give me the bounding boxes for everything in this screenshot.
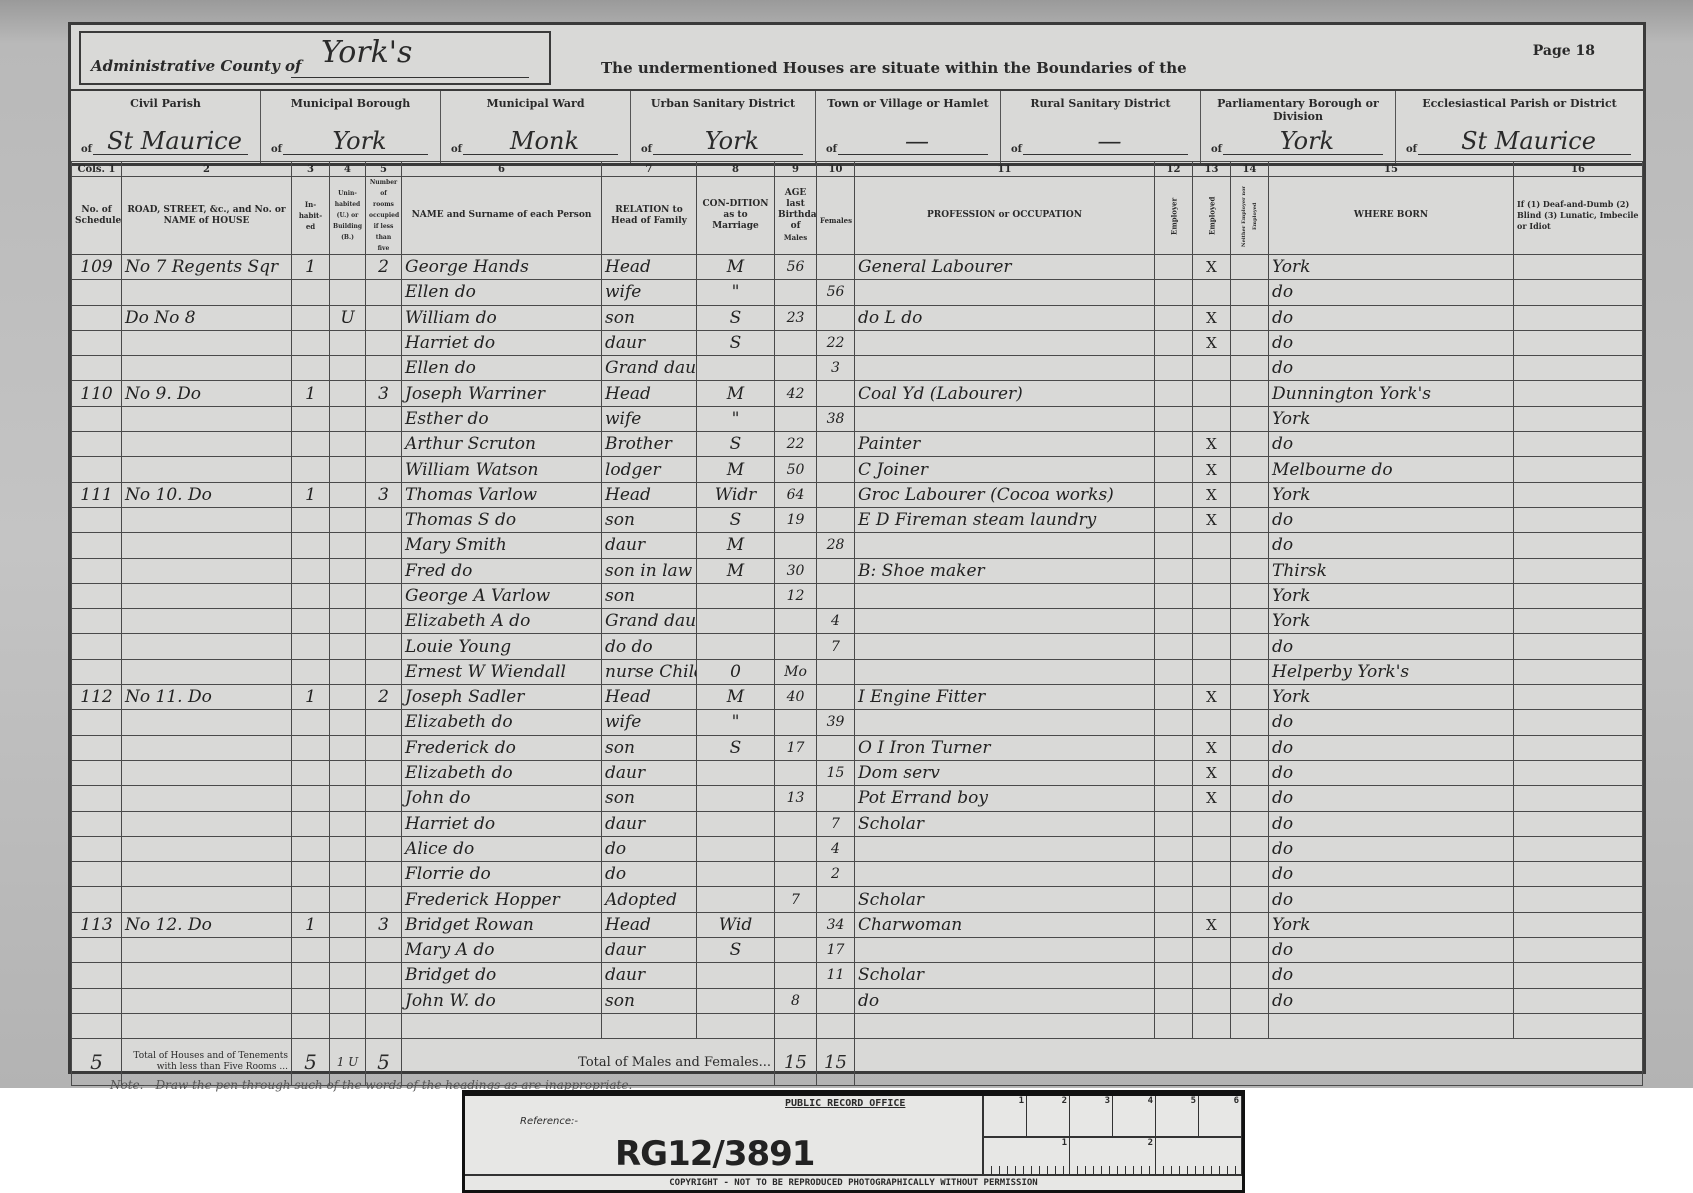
col-number: 6 — [402, 162, 602, 177]
male-age — [775, 912, 817, 937]
infirmity — [1514, 760, 1643, 785]
col-number: 2 — [122, 162, 292, 177]
female-age: 7 — [817, 811, 855, 836]
infirmity — [1514, 735, 1643, 760]
person-name: Elizabeth do — [402, 710, 602, 735]
rooms-count — [366, 887, 402, 912]
table-row: Elizabeth dodaur15Dom servXdo — [72, 760, 1643, 785]
marital-condition — [697, 356, 775, 381]
male-age: Mo — [775, 659, 817, 684]
uninhabited-mark — [330, 659, 366, 684]
header-relation: RELATION to Head of Family — [602, 177, 697, 255]
relation-to-head: do do — [602, 634, 697, 659]
females-label: Females — [820, 216, 852, 225]
house-address — [122, 963, 292, 988]
table-row: Arthur ScrutonBrotherS22PainterXdo — [72, 432, 1643, 457]
schedule-number: 110 — [72, 381, 122, 406]
infirmity — [1514, 634, 1643, 659]
inhabited-count: 1 — [292, 912, 330, 937]
person-name: Frederick Hopper — [402, 887, 602, 912]
birthplace: York — [1269, 583, 1514, 608]
schedule-number — [72, 634, 122, 659]
uninhabited-mark — [330, 862, 366, 887]
table-row: Harriet dodaurS22Xdo — [72, 330, 1643, 355]
infirmity — [1514, 938, 1643, 963]
rooms-count — [366, 963, 402, 988]
female-age — [817, 988, 855, 1013]
ruler-tick: 2 — [1070, 1138, 1156, 1174]
of-label: of — [1406, 144, 1417, 155]
infirmity — [1514, 786, 1643, 811]
occupation: Scholar — [855, 963, 1155, 988]
employer-mark — [1155, 330, 1193, 355]
inhabited-count: 1 — [292, 482, 330, 507]
occupation: Dom serv — [855, 760, 1155, 785]
col-number: 10 — [817, 162, 855, 177]
schedule-number — [72, 406, 122, 431]
infirmity — [1514, 356, 1643, 381]
ruler-tick: 5 — [1156, 1096, 1199, 1136]
col-number: 11 — [855, 162, 1155, 177]
relation-to-head: son — [602, 305, 697, 330]
infirmity — [1514, 330, 1643, 355]
employed-mark — [1193, 280, 1231, 305]
uninhabited-mark — [330, 381, 366, 406]
col-number: 12 — [1155, 162, 1193, 177]
relation-to-head: son in law — [602, 558, 697, 583]
rooms-count — [366, 811, 402, 836]
neither-mark — [1231, 659, 1269, 684]
employed-mark: X — [1193, 432, 1231, 457]
inhabited-count — [292, 558, 330, 583]
birthplace: York — [1269, 912, 1514, 937]
census-table: Cols. 1 2 3 4 5 6 7 8 9 10 11 12 13 14 1… — [71, 161, 1643, 1086]
person-name: John W. do — [402, 988, 602, 1013]
female-age — [817, 887, 855, 912]
rooms-count — [366, 836, 402, 861]
person-name: Esther do — [402, 406, 602, 431]
female-age: 28 — [817, 533, 855, 558]
district-label: Ecclesiastical Parish or District — [1396, 97, 1643, 110]
occupation — [855, 938, 1155, 963]
table-row: William WatsonlodgerM50C JoinerXMelbourn… — [72, 457, 1643, 482]
birthplace: do — [1269, 862, 1514, 887]
of-label: of — [81, 144, 92, 155]
employed-mark: X — [1193, 330, 1231, 355]
house-address — [122, 887, 292, 912]
table-row: Florrie dodo2do — [72, 862, 1643, 887]
male-age — [775, 862, 817, 887]
district-label: Rural Sanitary District — [1001, 97, 1200, 110]
marital-condition — [697, 963, 775, 988]
rooms-count — [366, 280, 402, 305]
infirmity — [1514, 1013, 1643, 1038]
ruler-tick: 6 — [1199, 1096, 1242, 1136]
rooms-count — [366, 507, 402, 532]
infirmity — [1514, 507, 1643, 532]
infirmity — [1514, 811, 1643, 836]
marital-condition — [697, 760, 775, 785]
inhabited-count — [292, 507, 330, 532]
employer-mark — [1155, 811, 1193, 836]
relation-to-head: nurse Child — [602, 659, 697, 684]
male-age: 7 — [775, 887, 817, 912]
schedule-number — [72, 836, 122, 861]
neither-mark — [1231, 963, 1269, 988]
header-occupation: PROFESSION or OCCUPATION — [855, 177, 1155, 255]
employed-mark: X — [1193, 507, 1231, 532]
district-value: — — [1029, 127, 1190, 155]
inhabited-count — [292, 760, 330, 785]
infirmity — [1514, 381, 1643, 406]
header-employed: Employed — [1193, 177, 1231, 255]
occupation: Groc Labourer (Cocoa works) — [855, 482, 1155, 507]
administrative-county-label: Administrative County of — [91, 57, 301, 75]
occupation: Scholar — [855, 811, 1155, 836]
relation-to-head: Grand daur — [602, 356, 697, 381]
employed-mark — [1193, 609, 1231, 634]
inhabited-count — [292, 280, 330, 305]
neither-mark — [1231, 634, 1269, 659]
rooms-count — [366, 938, 402, 963]
marital-condition — [697, 811, 775, 836]
schedule-number — [72, 330, 122, 355]
employed-mark — [1193, 381, 1231, 406]
uninhabited-mark — [330, 255, 366, 280]
inhabited-count — [292, 432, 330, 457]
district-town-village: Town or Village or Hamlet of — — [816, 91, 1001, 163]
female-age — [817, 659, 855, 684]
house-address — [122, 710, 292, 735]
schedule-number — [72, 609, 122, 634]
house-address — [122, 609, 292, 634]
schedule-number — [72, 786, 122, 811]
marital-condition: Wid — [697, 912, 775, 937]
uninhabited-mark — [330, 356, 366, 381]
record-office-title: PUBLIC RECORD OFFICE — [785, 1098, 905, 1109]
house-address — [122, 938, 292, 963]
occupation: C Joiner — [855, 457, 1155, 482]
house-address: No 9. Do — [122, 381, 292, 406]
district-label: Municipal Ward — [441, 97, 630, 110]
birthplace: do — [1269, 786, 1514, 811]
occupation — [855, 710, 1155, 735]
employed-mark — [1193, 887, 1231, 912]
rooms-count: 3 — [366, 912, 402, 937]
district-municipal-borough: Municipal Borough of York — [261, 91, 441, 163]
infirmity — [1514, 685, 1643, 710]
neither-mark — [1231, 811, 1269, 836]
female-age: 56 — [817, 280, 855, 305]
employer-mark — [1155, 255, 1193, 280]
total-males: 15 — [775, 1039, 817, 1086]
schedule-number — [72, 280, 122, 305]
marital-condition — [697, 887, 775, 912]
male-age — [775, 963, 817, 988]
occupation — [855, 406, 1155, 431]
birthplace — [1269, 1013, 1514, 1038]
rooms-count — [366, 862, 402, 887]
female-age: 39 — [817, 710, 855, 735]
table-row: Esther dowife"38York — [72, 406, 1643, 431]
relation-to-head: daur — [602, 330, 697, 355]
person-name: Alice do — [402, 836, 602, 861]
employer-mark — [1155, 887, 1193, 912]
birthplace: Melbourne do — [1269, 457, 1514, 482]
employer-mark — [1155, 280, 1193, 305]
person-name — [402, 1013, 602, 1038]
person-name: John do — [402, 786, 602, 811]
inhabited-count — [292, 963, 330, 988]
employed-mark — [1193, 938, 1231, 963]
house-address: Do No 8 — [122, 305, 292, 330]
employer-mark — [1155, 507, 1193, 532]
schedule-number — [72, 457, 122, 482]
rooms-count: 2 — [366, 255, 402, 280]
occupation: O I Iron Turner — [855, 735, 1155, 760]
header-rooms: Number of rooms occupied if less than fi… — [366, 177, 402, 255]
col-number: 8 — [697, 162, 775, 177]
schedule-number — [72, 988, 122, 1013]
occupation: Painter — [855, 432, 1155, 457]
schedule-number — [72, 735, 122, 760]
house-address — [122, 533, 292, 558]
of-label: of — [1011, 144, 1022, 155]
birthplace: Thirsk — [1269, 558, 1514, 583]
rooms-count: 3 — [366, 381, 402, 406]
occupation — [855, 862, 1155, 887]
column-number-row: Cols. 1 2 3 4 5 6 7 8 9 10 11 12 13 14 1… — [72, 162, 1643, 177]
relation-to-head: Head — [602, 381, 697, 406]
col-number: 7 — [602, 162, 697, 177]
house-address — [122, 786, 292, 811]
administrative-county-value: York's — [321, 35, 412, 70]
birthplace: York — [1269, 255, 1514, 280]
male-age — [775, 1013, 817, 1038]
header-age-males: AGE last Birthday ofMales — [775, 177, 817, 255]
female-age — [817, 1013, 855, 1038]
employed-mark — [1193, 406, 1231, 431]
employer-mark — [1155, 356, 1193, 381]
house-address: No 10. Do — [122, 482, 292, 507]
rooms-count — [366, 735, 402, 760]
person-name: Fred do — [402, 558, 602, 583]
total-females: 15 — [817, 1039, 855, 1086]
infirmity — [1514, 432, 1643, 457]
house-address — [122, 280, 292, 305]
uninhabited-mark — [330, 963, 366, 988]
rooms-count — [366, 710, 402, 735]
female-age: 4 — [817, 609, 855, 634]
table-row: Frederick HopperAdopted7Scholardo — [72, 887, 1643, 912]
employed-mark — [1193, 862, 1231, 887]
relation-to-head: Adopted — [602, 887, 697, 912]
person-name: Thomas S do — [402, 507, 602, 532]
schedule-number — [72, 356, 122, 381]
table-row: Elizabeth A doGrand daur4York — [72, 609, 1643, 634]
neither-mark — [1231, 685, 1269, 710]
neither-mark — [1231, 381, 1269, 406]
employer-mark — [1155, 1013, 1193, 1038]
relation-to-head: Brother — [602, 432, 697, 457]
col-number: 9 — [775, 162, 817, 177]
male-age — [775, 938, 817, 963]
schedule-number — [72, 1013, 122, 1038]
uninhabited-mark — [330, 634, 366, 659]
table-row: Ellen doGrand daur3do — [72, 356, 1643, 381]
uninhabited-mark — [330, 280, 366, 305]
birthplace: do — [1269, 836, 1514, 861]
infirmity — [1514, 533, 1643, 558]
uninhabited-mark — [330, 432, 366, 457]
female-age — [817, 583, 855, 608]
relation-to-head: son — [602, 786, 697, 811]
inhabited-count — [292, 305, 330, 330]
male-age: 12 — [775, 583, 817, 608]
employer-mark — [1155, 305, 1193, 330]
birthplace: do — [1269, 938, 1514, 963]
inhabited-count — [292, 533, 330, 558]
house-address: No 7 Regents Sqr — [122, 255, 292, 280]
birthplace: do — [1269, 280, 1514, 305]
infirmity — [1514, 255, 1643, 280]
header-neither: Neither Employer nor Employed — [1231, 177, 1269, 255]
ruler-in: 1 2 — [984, 1138, 1242, 1174]
birthplace: do — [1269, 356, 1514, 381]
male-age: 50 — [775, 457, 817, 482]
table-row: 109No 7 Regents Sqr12George HandsHeadM56… — [72, 255, 1643, 280]
schedule-number — [72, 659, 122, 684]
of-label: of — [451, 144, 462, 155]
birthplace: do — [1269, 432, 1514, 457]
inhabited-count — [292, 887, 330, 912]
table-row: Ellen dowife"56do — [72, 280, 1643, 305]
inhabited-count — [292, 786, 330, 811]
male-age — [775, 280, 817, 305]
male-age — [775, 609, 817, 634]
col-number: 14 — [1231, 162, 1269, 177]
infirmity — [1514, 963, 1643, 988]
uninhabited-mark — [330, 685, 366, 710]
district-urban-sanitary: Urban Sanitary District of York — [631, 91, 816, 163]
rooms-count — [366, 533, 402, 558]
rooms-count — [366, 634, 402, 659]
marital-condition: 0 — [697, 659, 775, 684]
ruler-tick: 1 — [984, 1096, 1027, 1136]
uninhabited-mark — [330, 609, 366, 634]
inhabited-count — [292, 406, 330, 431]
person-name: Mary Smith — [402, 533, 602, 558]
uninhabited-mark — [330, 558, 366, 583]
neither-mark — [1231, 558, 1269, 583]
occupation — [855, 659, 1155, 684]
employed-mark — [1193, 710, 1231, 735]
house-address — [122, 432, 292, 457]
person-name: Bridget do — [402, 963, 602, 988]
female-age: 2 — [817, 862, 855, 887]
occupation — [855, 330, 1155, 355]
uninhabited-mark — [330, 938, 366, 963]
male-age: 40 — [775, 685, 817, 710]
employer-mark — [1155, 760, 1193, 785]
district-parliamentary: Parliamentary Borough or Division of Yor… — [1201, 91, 1396, 163]
schedule-number — [72, 558, 122, 583]
schedule-number: 111 — [72, 482, 122, 507]
administrative-county-box: Administrative County of York's — [79, 31, 551, 85]
employed-mark: X — [1193, 685, 1231, 710]
marital-condition: S — [697, 330, 775, 355]
person-name: George Hands — [402, 255, 602, 280]
marital-condition: M — [697, 558, 775, 583]
employed-mark — [1193, 811, 1231, 836]
table-row: Mary A dodaurS17do — [72, 938, 1643, 963]
birthplace: do — [1269, 735, 1514, 760]
relation-to-head: do — [602, 862, 697, 887]
neither-mark — [1231, 280, 1269, 305]
female-age: 38 — [817, 406, 855, 431]
col-number: Cols. 1 — [72, 162, 122, 177]
neither-mark — [1231, 583, 1269, 608]
header-road: ROAD, STREET, &c., and No. or NAME of HO… — [122, 177, 292, 255]
uninhabited-mark: U — [330, 305, 366, 330]
female-age: 3 — [817, 356, 855, 381]
female-age — [817, 432, 855, 457]
marital-condition — [697, 583, 775, 608]
public-record-office-label: PUBLIC RECORD OFFICE Reference:- RG12/38… — [462, 1090, 1245, 1193]
neither-mark — [1231, 786, 1269, 811]
table-row: John W. doson8dodo — [72, 988, 1643, 1013]
employer-mark — [1155, 710, 1193, 735]
inhabited-count — [292, 988, 330, 1013]
marital-condition: S — [697, 305, 775, 330]
person-name: Joseph Sadler — [402, 685, 602, 710]
inhabited-count: 1 — [292, 255, 330, 280]
employer-mark — [1155, 735, 1193, 760]
male-age — [775, 811, 817, 836]
occupation — [855, 533, 1155, 558]
employed-mark — [1193, 659, 1231, 684]
rooms-count — [366, 786, 402, 811]
employed-mark — [1193, 583, 1231, 608]
employer-mark — [1155, 533, 1193, 558]
relation-to-head: wife — [602, 406, 697, 431]
inhabited-count — [292, 836, 330, 861]
house-address — [122, 583, 292, 608]
birthplace: do — [1269, 533, 1514, 558]
uninhabited-mark — [330, 786, 366, 811]
neither-mark — [1231, 1013, 1269, 1038]
relation-to-head: son — [602, 735, 697, 760]
infirmity — [1514, 988, 1643, 1013]
rooms-count — [366, 609, 402, 634]
inhabited-count — [292, 862, 330, 887]
birthplace: do — [1269, 330, 1514, 355]
house-address — [122, 507, 292, 532]
female-age — [817, 305, 855, 330]
neither-mark — [1231, 988, 1269, 1013]
occupation: Pot Errand boy — [855, 786, 1155, 811]
marital-condition — [697, 634, 775, 659]
neither-mark — [1231, 609, 1269, 634]
female-age — [817, 482, 855, 507]
person-name: Mary A do — [402, 938, 602, 963]
neither-mark — [1231, 457, 1269, 482]
male-age: 22 — [775, 432, 817, 457]
column-header-row: No. of Schedule ROAD, STREET, &c., and N… — [72, 177, 1643, 255]
header-where-born: WHERE BORN — [1269, 177, 1514, 255]
infirmity — [1514, 406, 1643, 431]
employer-mark — [1155, 457, 1193, 482]
